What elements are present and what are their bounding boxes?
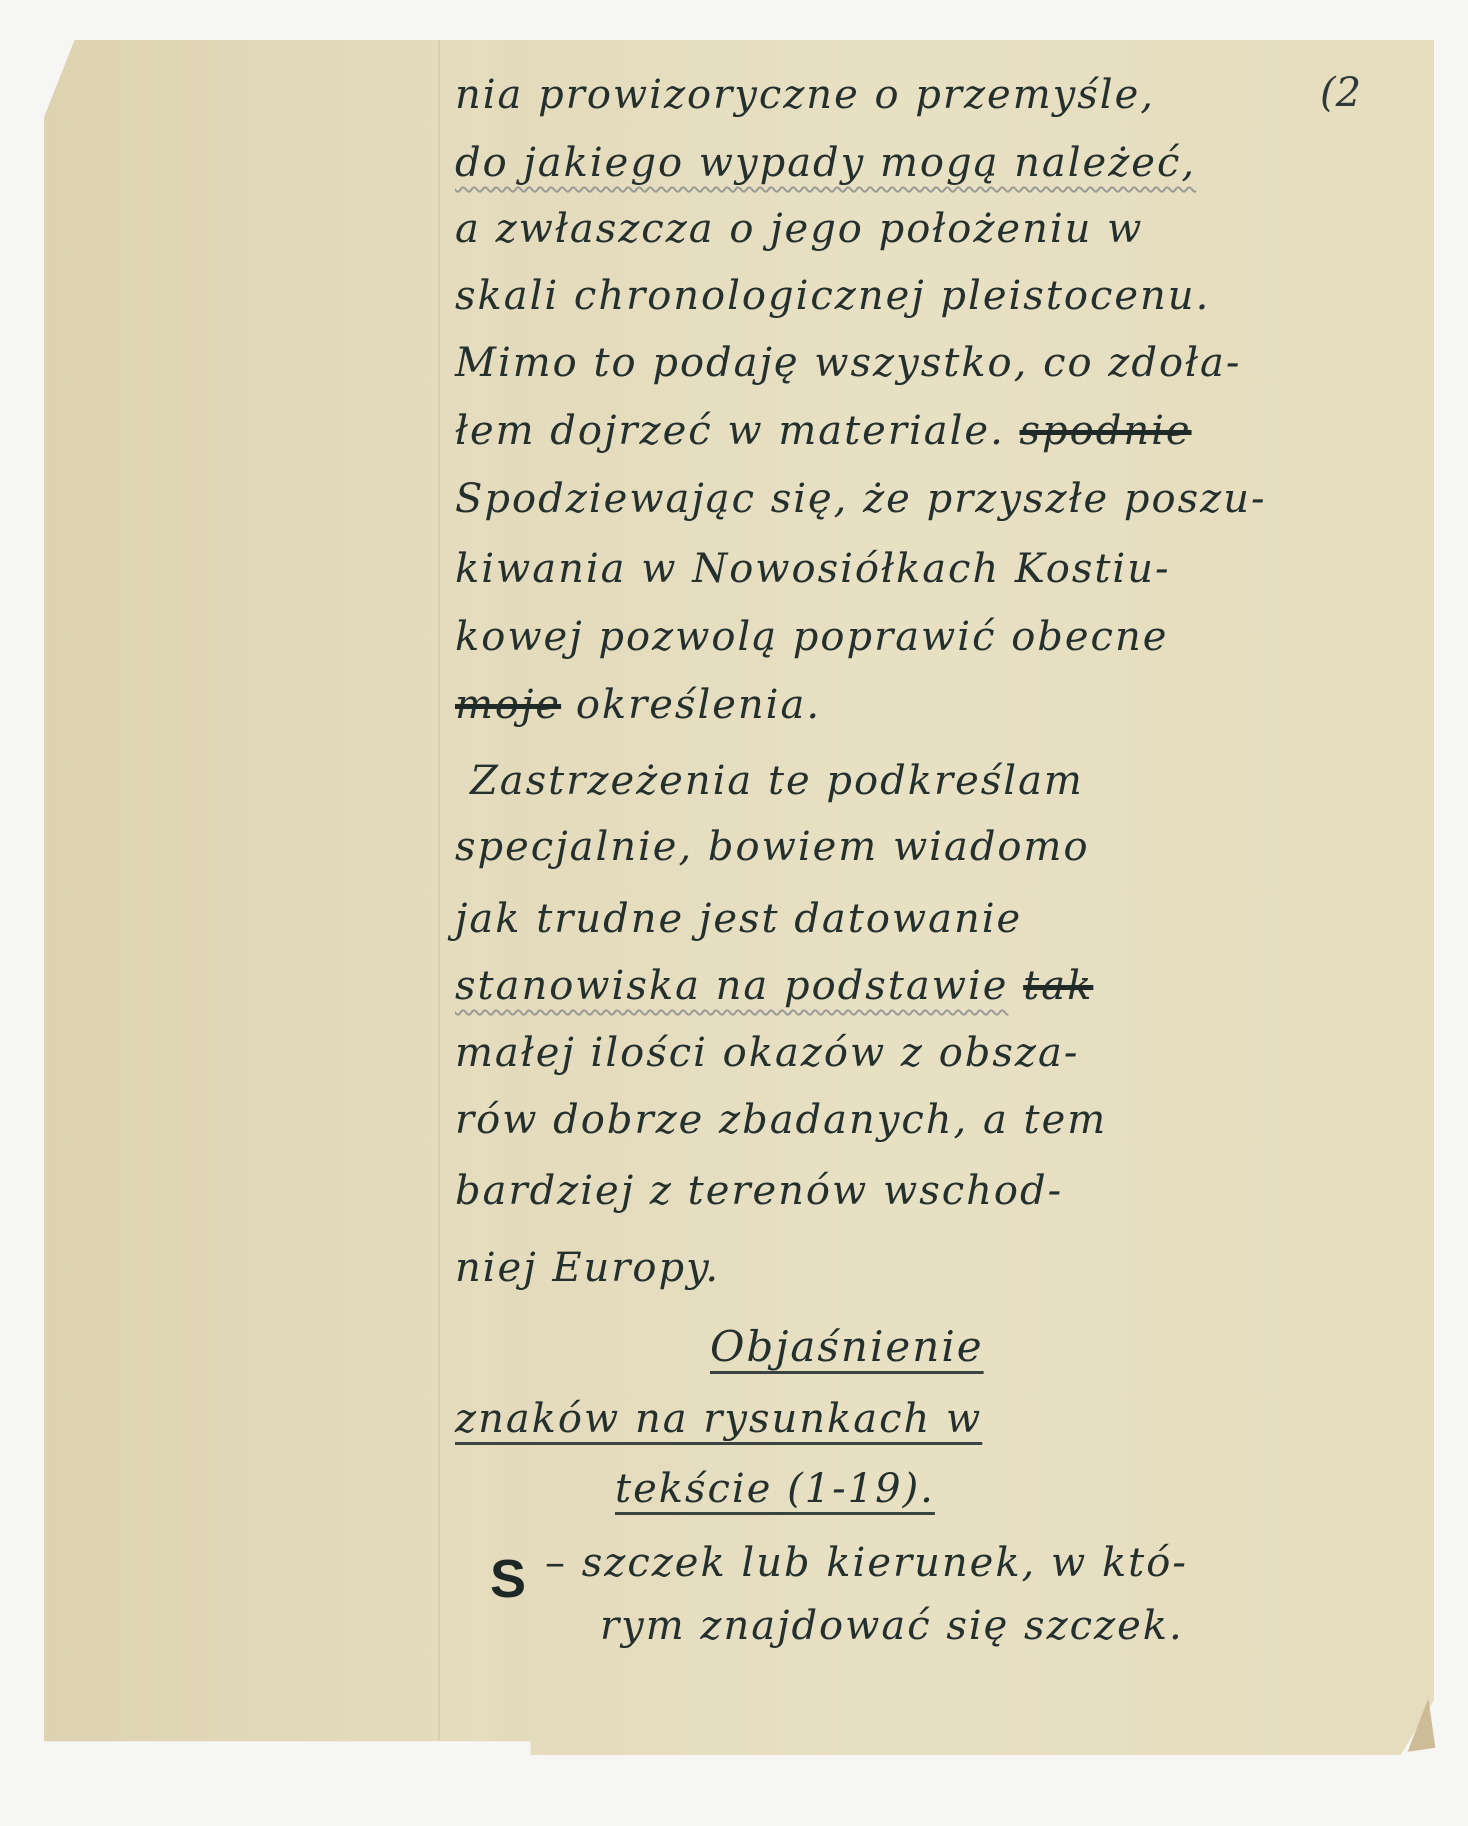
section-heading: Objaśnienie bbox=[710, 1322, 984, 1371]
text-line-10: moje określenia. bbox=[455, 682, 821, 728]
struck-word: spodnie bbox=[1020, 408, 1192, 454]
text-line-4: skali chronologicznej pleistocenu. bbox=[455, 273, 1210, 319]
legend-line-1: – szczek lub kierunek, w któ- bbox=[545, 1540, 1188, 1586]
text-line-7: Spodziewając się, że przyszłe poszu- bbox=[455, 476, 1267, 522]
line-14-text: stanowiska na podstawie bbox=[455, 963, 1008, 1009]
text-line-8: kiwania w Nowosiółkach Kostiu- bbox=[455, 546, 1171, 592]
text-line-21: tekście (1-19). bbox=[615, 1466, 935, 1512]
text-line-18: niej Europy. bbox=[455, 1245, 720, 1291]
text-line-11: Zastrzeżenia te podkreślam bbox=[470, 758, 1084, 804]
legend-dash: – bbox=[545, 1540, 567, 1586]
text-line-9: kowej pozwolą poprawić obecne bbox=[455, 614, 1168, 660]
page-fold-line bbox=[438, 40, 440, 1740]
text-line-1: nia prowizoryczne o przemyśle, bbox=[455, 72, 1155, 118]
line-6-text: łem dojrzeć w materiale. bbox=[455, 408, 1005, 454]
line-10-text: określenia. bbox=[576, 682, 821, 728]
struck-word: tak bbox=[1023, 963, 1093, 1009]
text-line-3: a zwłaszcza o jego położeniu w bbox=[455, 206, 1143, 252]
text-line-17: bardziej z terenów wschod- bbox=[455, 1168, 1063, 1214]
legend-text-1: szczek lub kierunek, w któ- bbox=[582, 1540, 1188, 1586]
text-line-20: znaków na rysunkach w bbox=[455, 1396, 982, 1442]
page-number: (2 bbox=[1320, 70, 1361, 116]
struck-word: moje bbox=[455, 682, 561, 728]
text-line-16: rów dobrze zbadanych, a tem bbox=[455, 1097, 1107, 1143]
text-line-14: stanowiska na podstawie tak bbox=[455, 963, 1093, 1009]
text-line-15: małej ilości okazów z obsza- bbox=[455, 1030, 1079, 1076]
legend-line-2: rym znajdować się szczek. bbox=[600, 1603, 1184, 1649]
text-line-2: do jakiego wypady mogą należeć, bbox=[455, 140, 1196, 186]
text-line-5: Mimo to podaję wszystko, co zdoła- bbox=[455, 340, 1241, 386]
text-line-12: specjalnie, bowiem wiadomo bbox=[455, 824, 1090, 870]
legend-symbol-s: S bbox=[490, 1548, 526, 1610]
text-line-6: łem dojrzeć w materiale. spodnie bbox=[455, 408, 1192, 454]
text-line-13: jak trudne jest datowanie bbox=[455, 896, 1022, 942]
